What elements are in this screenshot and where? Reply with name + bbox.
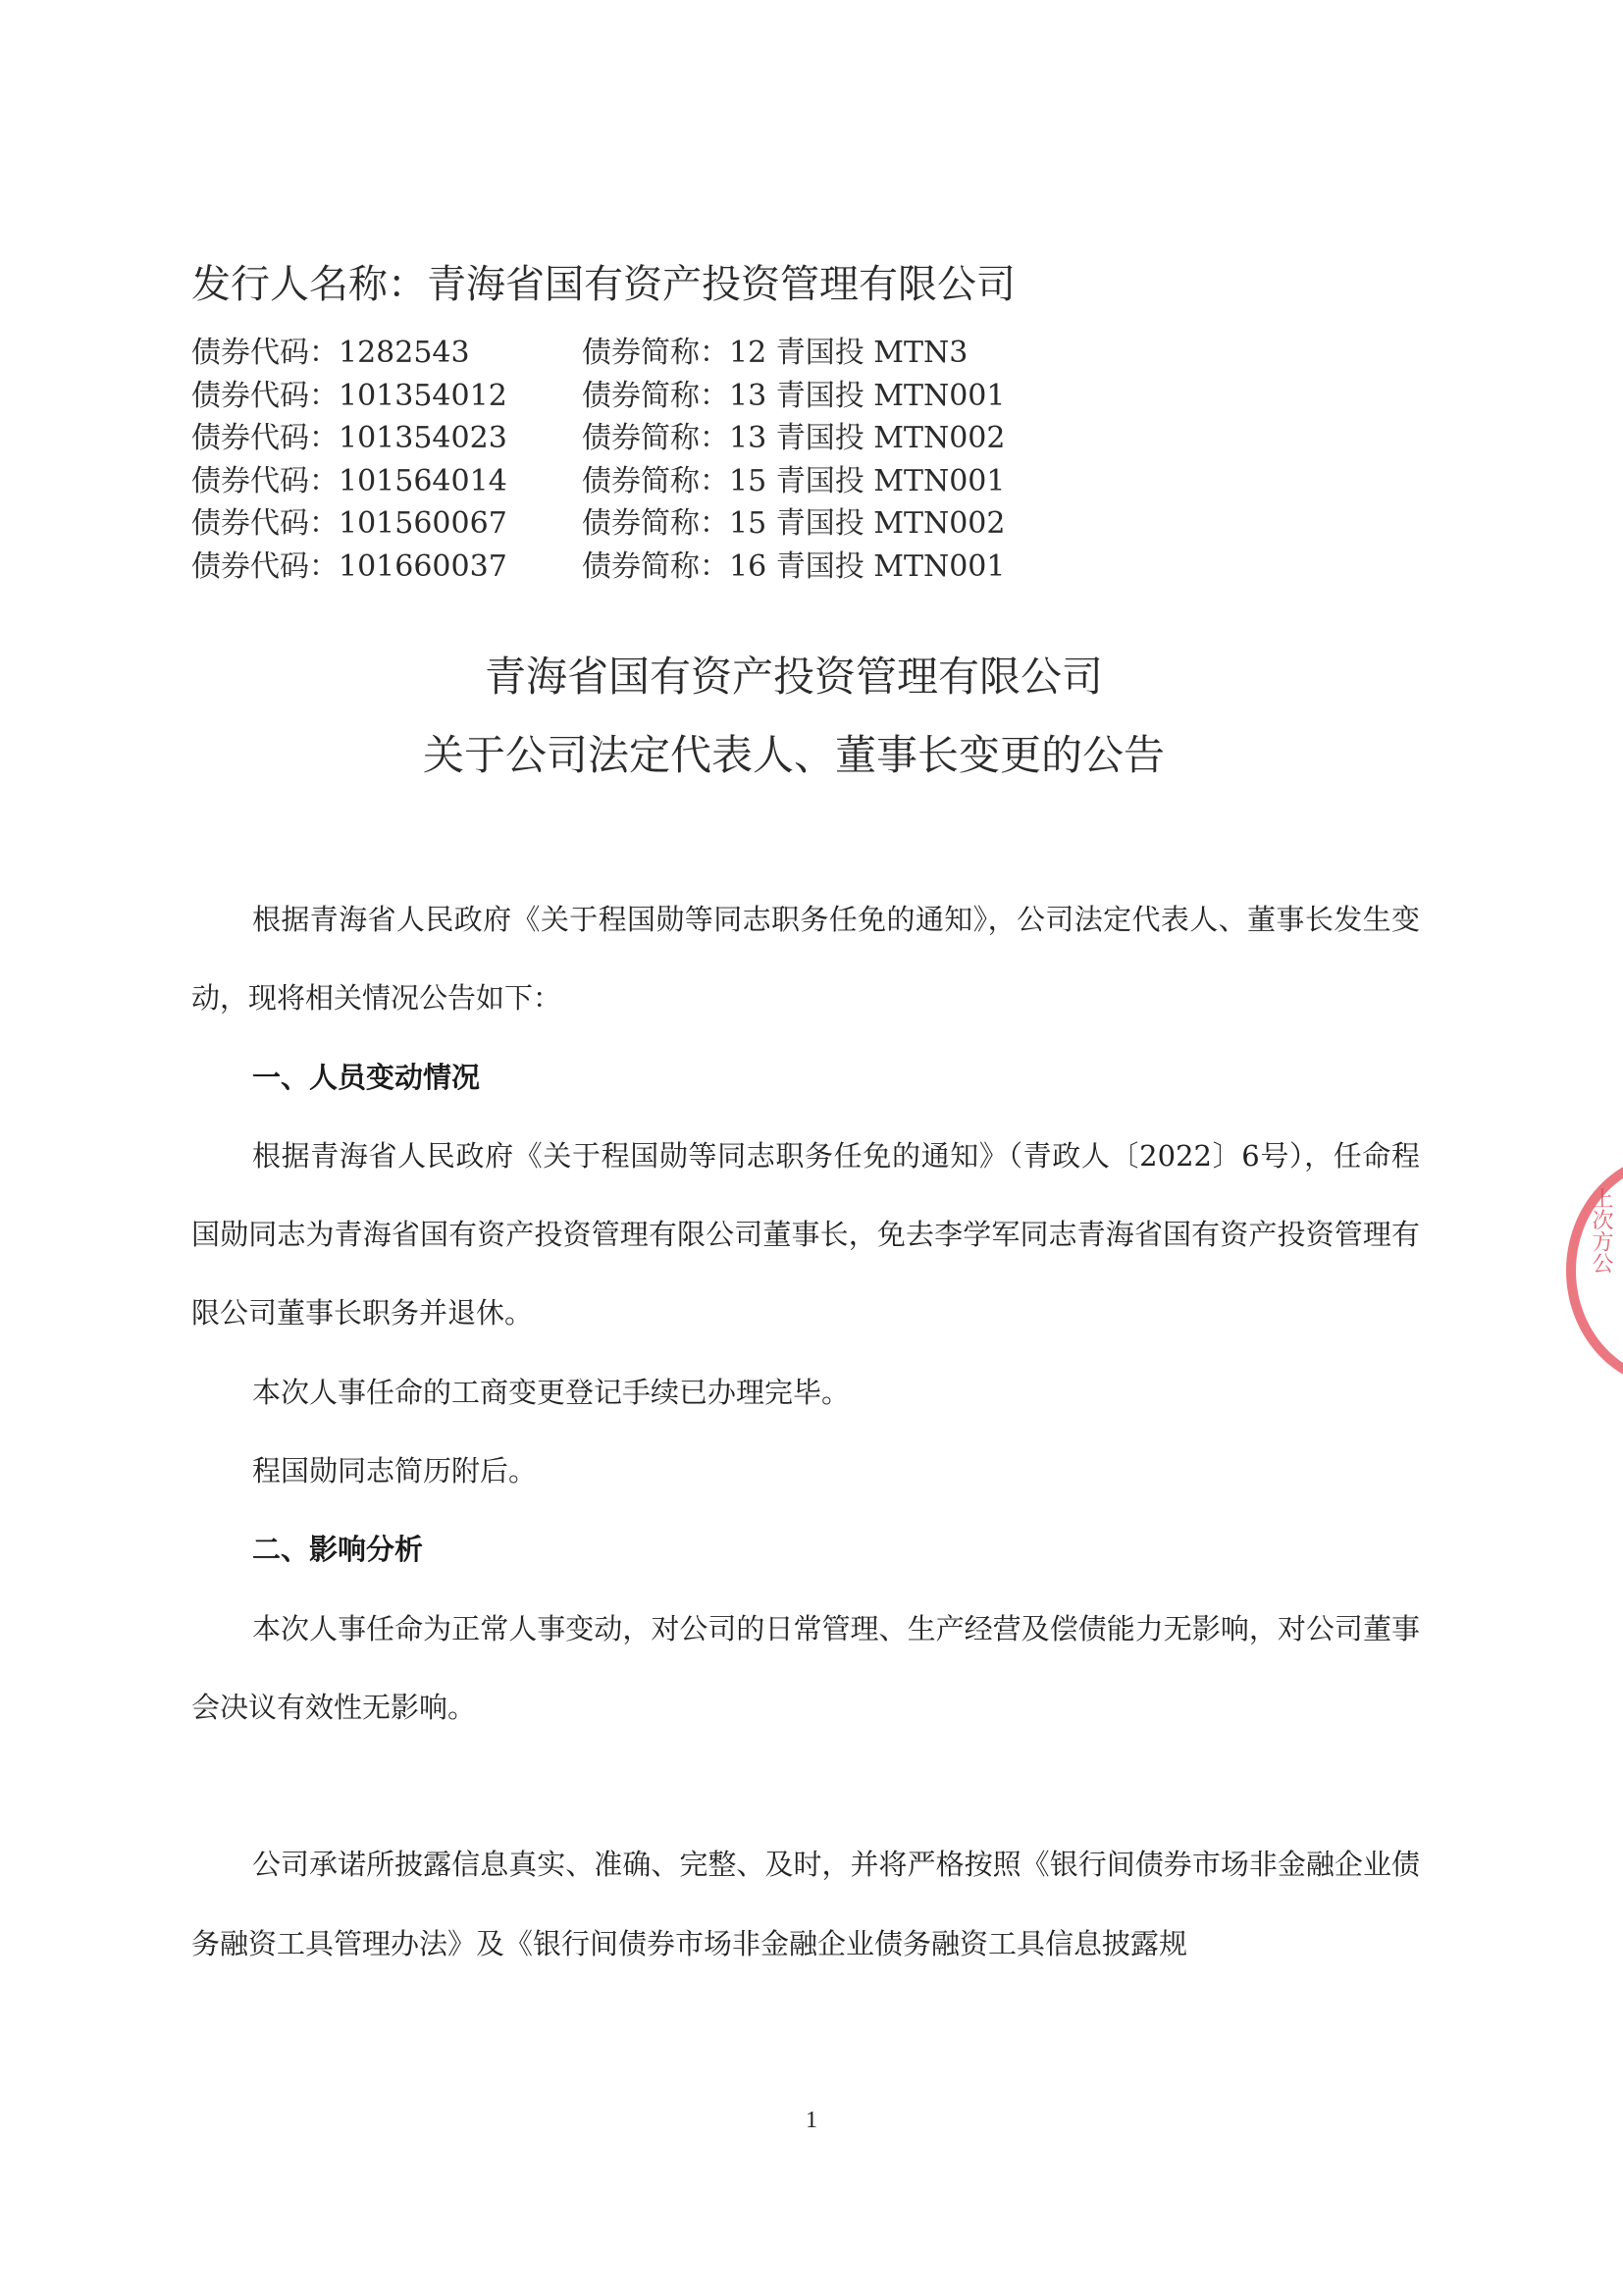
bond-code: 债券代码：101560067 (191, 502, 507, 546)
commitment-paragraph: 公司承诺所披露信息真实、准确、完整、及时，并将严格按照《银行间债券市场非金融企业… (191, 1825, 1420, 1983)
company-seal-text: 上次方公 (1590, 1187, 1619, 1274)
bond-code-label: 债券代码： (191, 464, 339, 498)
issuer-name: 青海省国有资产投资管理有限公司 (427, 262, 1016, 307)
bond-code: 债券代码：101660037 (191, 546, 507, 589)
bond-code-label: 债券代码： (191, 379, 339, 413)
personnel-change-paragraph: 根据青海省人民政府《关于程国勋等同志职务任免的通知》（青政人〔2022〕6号），… (191, 1117, 1420, 1353)
bond-code: 债券代码：101564014 (191, 460, 507, 503)
bond-abbr-value: 13 青国投 MTN001 (729, 379, 1005, 413)
bond-row: 债券代码：1282543 债券简称：12 青国投 MTN3 (191, 332, 1074, 375)
bond-code-label: 债券代码： (191, 549, 339, 584)
bond-abbr: 债券简称：12 青国投 MTN3 (582, 332, 968, 375)
intro-paragraph: 根据青海省人民政府《关于程国勋等同志职务任免的通知》，公司法定代表人、董事长发生… (191, 880, 1420, 1038)
resume-note-paragraph: 程国勋同志简历附后。 (191, 1432, 1420, 1510)
impact-paragraph: 本次人事任命为正常人事变动，对公司的日常管理、生产经营及偿债能力无影响，对公司董… (191, 1590, 1420, 1748)
announcement-title-subject: 关于公司法定代表人、董事长变更的公告 (0, 726, 1605, 785)
bond-code-value: 101560067 (339, 506, 507, 541)
bond-abbr-label: 债券简称： (582, 464, 729, 498)
bond-abbr-value: 15 青国投 MTN001 (729, 464, 1005, 498)
bond-code: 债券代码：101354012 (191, 375, 507, 418)
bond-list: 债券代码：1282543 债券简称：12 青国投 MTN3 债券代码：10135… (191, 332, 1074, 588)
bond-row: 债券代码：101354012 债券简称：13 青国投 MTN001 (191, 375, 1074, 418)
page-number: 1 (0, 2108, 1623, 2134)
issuer-label: 发行人名称： (191, 262, 427, 307)
bond-code-value: 101354023 (339, 421, 507, 455)
bond-code-label: 债券代码： (191, 336, 339, 370)
registration-paragraph: 本次人事任命的工商变更登记手续已办理完毕。 (191, 1353, 1420, 1432)
bond-abbr-value: 13 青国投 MTN002 (729, 421, 1005, 455)
bond-abbr: 债券简称：16 青国投 MTN001 (582, 546, 1005, 589)
issuer-line: 发行人名称：青海省国有资产投资管理有限公司 (191, 257, 1016, 312)
bond-abbr: 债券简称：15 青国投 MTN002 (582, 502, 1005, 546)
bond-code-value: 1282543 (339, 336, 470, 370)
document-page: 发行人名称：青海省国有资产投资管理有限公司 债券代码：1282543 债券简称：… (0, 0, 1623, 2296)
bond-abbr-label: 债券简称： (582, 336, 729, 370)
bond-abbr-label: 债券简称： (582, 379, 729, 413)
bond-row: 债券代码：101564014 债券简称：15 青国投 MTN001 (191, 460, 1074, 503)
bond-code: 债券代码：101354023 (191, 417, 507, 460)
bond-abbr-label: 债券简称： (582, 506, 729, 541)
bond-abbr-label: 债券简称： (582, 549, 729, 584)
bond-abbr-value: 15 青国投 MTN002 (729, 506, 1005, 541)
bond-code-label: 债券代码： (191, 506, 339, 541)
bond-row: 债券代码：101660037 债券简称：16 青国投 MTN001 (191, 546, 1074, 589)
bond-code-value: 101564014 (339, 464, 507, 498)
bond-abbr: 债券简称：13 青国投 MTN001 (582, 375, 1005, 418)
bond-abbr-label: 债券简称： (582, 421, 729, 455)
bond-code-value: 101660037 (339, 549, 507, 584)
bond-abbr: 债券简称：13 青国投 MTN002 (582, 417, 1005, 460)
announcement-body: 根据青海省人民政府《关于程国勋等同志职务任免的通知》，公司法定代表人、董事长发生… (191, 880, 1420, 1983)
announcement-title-company: 青海省国有资产投资管理有限公司 (0, 648, 1605, 706)
bond-row: 债券代码：101560067 债券简称：15 青国投 MTN002 (191, 502, 1074, 546)
bond-abbr-value: 16 青国投 MTN001 (729, 549, 1005, 584)
bond-code-label: 债券代码： (191, 421, 339, 455)
bond-code-value: 101354012 (339, 379, 507, 413)
bond-code: 债券代码：1282543 (191, 332, 470, 375)
section-heading-personnel-change: 一、人员变动情况 (191, 1038, 1420, 1117)
bond-abbr: 债券简称：15 青国投 MTN001 (582, 460, 1005, 503)
section-heading-impact: 二、影响分析 (191, 1510, 1420, 1589)
bond-row: 债券代码：101354023 债券简称：13 青国投 MTN002 (191, 417, 1074, 460)
spacer (191, 1747, 1420, 1825)
bond-abbr-value: 12 青国投 MTN3 (729, 336, 968, 370)
